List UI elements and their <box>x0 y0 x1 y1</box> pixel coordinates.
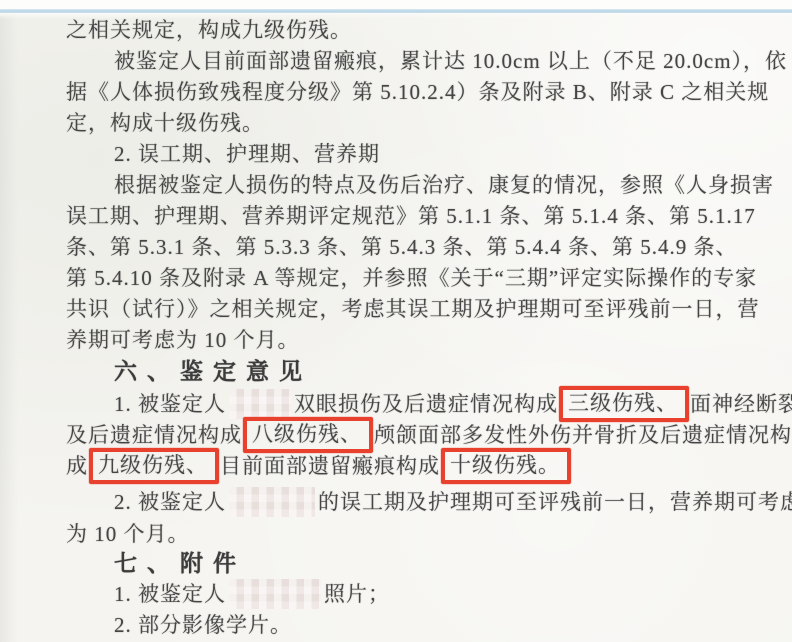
text-segment: 面神经断裂 <box>690 392 792 416</box>
text-segment: 七、附件 <box>114 550 246 576</box>
text-segment: 六、鉴定意见 <box>114 358 312 384</box>
document-line: 根据被鉴定人损伤的特点及伤后治疗、康复的情况，参照《人身损害 <box>66 170 756 201</box>
text-segment: 条、第 5.3.1 条、第 5.3.3 条、第 5.4.3 条、第 5.4.4 … <box>66 235 738 259</box>
highlighted-grade-box: 八级伤残、 <box>243 417 373 453</box>
text-segment: 共识（试行）》之相关规定，考虑其误工期及护理期可至评残前一日，营 <box>66 297 760 321</box>
text-segment: 第 5.4.10 条及附录 A 等规定，并参照《关于“三期”评定实际操作的专家 <box>66 266 757 290</box>
document-photo: 之相关规定，构成九级伤残。被鉴定人目前面部遗留瘢痕，累计达 10.0cm 以上（… <box>0 0 792 642</box>
redaction-blur <box>229 579 321 609</box>
text-segment: 据《人体损伤致残程度分级》第 5.10.2.4）条及附录 B、附录 C 之相关规 <box>66 80 769 104</box>
document-line: 及后遗症情况构成八级伤残、颅颌面部多发性外伤并骨折及后遗症情况构 <box>66 418 756 449</box>
document-line: 1. 被鉴定人双眼损伤及后遗症情况构成三级伤残、面神经断裂 <box>66 387 756 418</box>
text-segment: 养期可考虑为 10 个月。 <box>66 328 300 352</box>
text-segment: 1. 被鉴定人 <box>114 392 226 416</box>
text-segment: 及后遗症情况构成 <box>66 423 242 447</box>
text-segment: 2. 误工期、护理期、营养期 <box>114 142 380 166</box>
text-segment: 根据被鉴定人损伤的特点及伤后治疗、康复的情况，参照《人身损害 <box>114 173 774 197</box>
text-segment: 2. 被鉴定人 <box>114 490 226 514</box>
section-heading: 六、鉴定意见 <box>66 356 756 387</box>
text-segment: 的误工期及护理期可至评残前一日，营养期可考虑 <box>318 490 792 514</box>
section-heading: 七、附件 <box>66 548 756 579</box>
text-segment: 颅颌面部多发性外伤并骨折及后遗症情况构 <box>374 423 792 447</box>
text-segment: 定，构成十级伤残。 <box>66 111 264 135</box>
document-line: 第 5.4.10 条及附录 A 等规定，并参照《关于“三期”评定实际操作的专家 <box>66 263 756 294</box>
document-line: 被鉴定人目前面部遗留瘢痕，累计达 10.0cm 以上（不足 20.0cm），依 <box>66 46 756 77</box>
text-segment: 1. 被鉴定人 <box>114 582 226 606</box>
text-segment: 双眼损伤及后遗症情况构成 <box>294 392 558 416</box>
text-segment: 为 10 个月。 <box>66 522 190 546</box>
text-segment: 2. 部分影像学片。 <box>114 613 292 637</box>
document-line: 养期可考虑为 10 个月。 <box>66 325 756 356</box>
text-segment: 照片； <box>324 582 390 606</box>
text-segment: 误工期、护理期、营养期评定规范》第 5.1.1 条、第 5.1.4 条、第 5.… <box>66 204 756 228</box>
document-line: 2. 被鉴定人的误工期及护理期可至评残前一日，营养期可考虑 <box>66 487 756 518</box>
document-line: 2. 误工期、护理期、营养期 <box>66 139 756 170</box>
document-body: 之相关规定，构成九级伤残。被鉴定人目前面部遗留瘢痕，累计达 10.0cm 以上（… <box>66 15 756 641</box>
document-line: 误工期、护理期、营养期评定规范》第 5.1.1 条、第 5.1.4 条、第 5.… <box>66 201 756 232</box>
redaction-blur <box>229 389 291 419</box>
text-segment: 成 <box>66 454 88 478</box>
document-line: 据《人体损伤致残程度分级》第 5.10.2.4）条及附录 B、附录 C 之相关规 <box>66 77 756 108</box>
redaction-blur <box>229 487 315 517</box>
photo-top-margin <box>0 0 792 9</box>
highlighted-grade-box: 十级伤残。 <box>441 448 571 484</box>
document-line: 1. 被鉴定人照片； <box>66 579 756 610</box>
highlighted-grade-box: 三级伤残、 <box>559 386 689 422</box>
text-segment: 被鉴定人目前面部遗留瘢痕，累计达 10.0cm 以上（不足 20.0cm），依 <box>114 49 787 73</box>
document-line: 为 10 个月。 <box>66 519 756 550</box>
document-line: 定，构成十级伤残。 <box>66 108 756 139</box>
document-line: 成九级伤残、目前面部遗留瘢痕构成十级伤残。 <box>66 449 756 480</box>
document-line: 共识（试行）》之相关规定，考虑其误工期及护理期可至评残前一日，营 <box>66 294 756 325</box>
text-segment: 之相关规定，构成九级伤残。 <box>66 18 352 42</box>
highlighted-grade-box: 九级伤残、 <box>89 448 219 484</box>
document-line: 条、第 5.3.1 条、第 5.3.3 条、第 5.4.3 条、第 5.4.4 … <box>66 232 756 263</box>
text-segment: 目前面部遗留瘢痕构成 <box>220 454 440 478</box>
document-line: 之相关规定，构成九级伤残。 <box>66 15 756 46</box>
document-line: 2. 部分影像学片。 <box>66 610 756 641</box>
